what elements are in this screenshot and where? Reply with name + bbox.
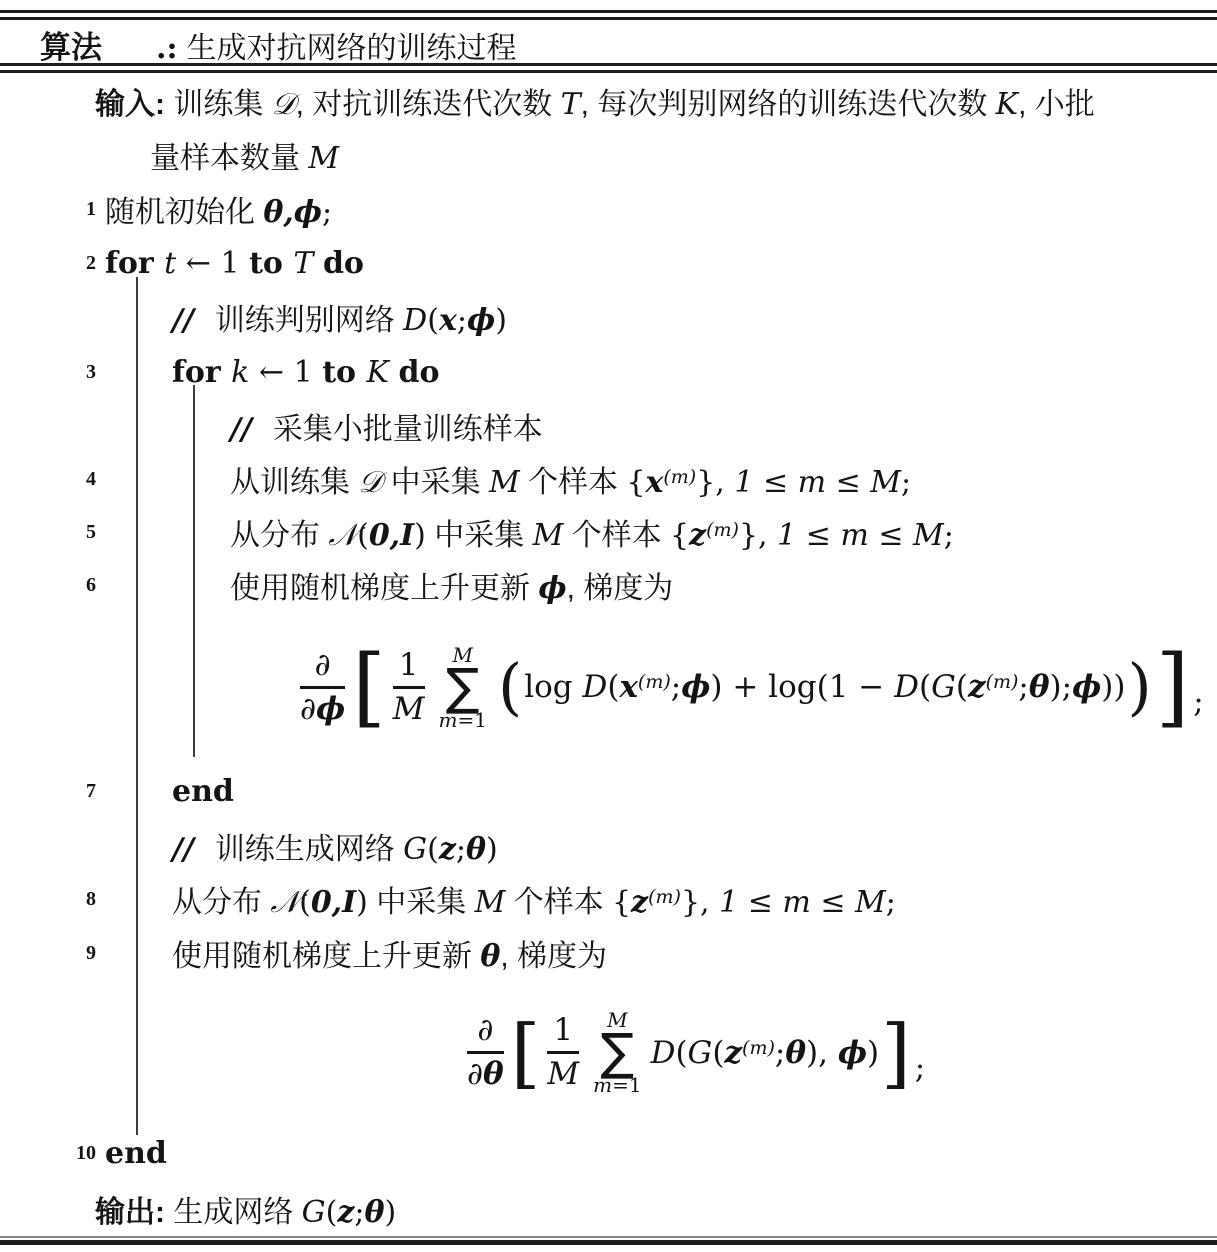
text-segment: 𝒟 <box>272 87 296 122</box>
text-segment: 训练判别网络 <box>215 304 403 337</box>
text-segment: M <box>547 1056 579 1092</box>
text-segment: , 对抗训练迭代次数 <box>296 88 561 121</box>
statement-init: 1 随机初始化 θ,ϕ; <box>0 182 1217 236</box>
text-segment: K <box>367 355 399 390</box>
text-segment: 个样本 <box>505 886 612 919</box>
partial-fraction: ∂∂ϕ <box>300 650 345 725</box>
line-text: 从分布 𝒩(0,I) 中采集 M 个样本 {z(m)}, 1 ≤ m ≤ M; <box>172 877 896 921</box>
text-segment: (m) <box>742 1037 775 1059</box>
line-text: 输出: 生成网络 G(z;θ) <box>95 1187 396 1231</box>
text-segment: 0,I <box>311 885 356 920</box>
text-segment: z <box>631 885 648 920</box>
fraction-bar <box>393 686 425 689</box>
line-number: 6 <box>0 558 96 612</box>
line-text: 从训练集 𝒟 中采集 M 个样本 {x(m)}, 1 ≤ m ≤ M; <box>230 457 911 501</box>
text-segment: 使用随机梯度上升更新 <box>172 940 480 973</box>
top-double-rule-2 <box>0 17 1217 20</box>
text-segment: 生成网络 <box>173 1196 301 1229</box>
text-segment: // <box>230 412 273 447</box>
left-paren: ( <box>498 656 522 718</box>
text-segment: to <box>249 246 293 281</box>
text-segment: do <box>398 355 439 390</box>
algorithm-box: 算法 .: 生成对抗网络的训练过程 输入: 训练集 𝒟, 对抗训练迭代次数 T,… <box>0 0 1217 1252</box>
text-segment: ); <box>1050 669 1073 705</box>
text-segment: 使用随机梯度上升更新 <box>230 572 538 605</box>
text-segment: T <box>293 246 323 281</box>
text-segment: x <box>645 465 663 500</box>
comment-train-generator: // 训练生成网络 G(z;θ) <box>0 820 1217 872</box>
text-segment: 个样本 <box>520 466 627 499</box>
text-segment: , 小批 <box>1018 88 1095 121</box>
formula-body: D(G(z(m);θ), ϕ) <box>651 1035 880 1071</box>
text-segment: to <box>322 355 366 390</box>
text-segment: 采集小批量训练样本 <box>273 413 543 446</box>
text-segment: ∂ <box>315 647 331 683</box>
text-segment: }, <box>739 518 777 553</box>
text-segment: θ <box>483 1056 504 1092</box>
gradient-formula-theta: ∂∂θ[1MM∑m=1D(G(z(m);θ), ϕ)]; <box>462 1010 925 1095</box>
text-segment: ϕ <box>538 571 566 606</box>
line-text: for k ← 1 to K do <box>172 355 439 390</box>
text-segment: ( <box>607 669 619 705</box>
text-segment: 训练生成网络 <box>215 833 403 866</box>
text-segment: 个样本 <box>563 519 670 552</box>
line-text: 量样本数量 M <box>150 133 339 177</box>
text-segment: ( <box>326 1195 338 1230</box>
gradient-formula-phi-row: ∂∂ϕ[1MM∑m=1(log D(x(m);ϕ) + log(1 − D(G(… <box>0 612 1217 762</box>
text-segment: ϕ <box>467 303 495 338</box>
caption-double-rule-2 <box>0 70 1217 73</box>
bottom-rule-thick <box>0 1240 1217 1245</box>
text-segment: M <box>533 518 564 553</box>
algorithm-keyword: 算法 <box>40 22 102 67</box>
summation: M∑m=1 <box>439 645 487 730</box>
one-over-m-fraction: 1M <box>547 1015 579 1090</box>
statement-sample-z-2: 8 从分布 𝒩(0,I) 中采集 M 个样本 {z(m)}, 1 ≤ m ≤ M… <box>0 872 1217 926</box>
text-segment: 1 ≤ m ≤ M <box>719 885 886 920</box>
text-segment: 中采集 <box>368 886 475 919</box>
line-text: // 采集小批量训练样本 <box>230 404 543 448</box>
summation: M∑m=1 <box>593 1010 641 1095</box>
line-number: 2 <box>0 236 96 290</box>
text-segment: ( <box>956 669 968 705</box>
text-segment: ϕ <box>316 691 345 727</box>
text-segment: ) <box>385 1195 397 1230</box>
text-segment: for <box>172 355 231 390</box>
gradient-formula-theta-row: ∂∂θ[1MM∑m=1D(G(z(m);θ), ϕ)]; <box>0 980 1217 1125</box>
statement-sample-x: 4 从训练集 𝒟 中采集 M 个样本 {x(m)}, 1 ≤ m ≤ M; <box>0 452 1217 506</box>
line-text: 使用随机梯度上升更新 ϕ, 梯度为 <box>230 563 673 607</box>
output-line: 输出: 生成网络 G(z;θ) <box>0 1182 1217 1235</box>
text-segment: z <box>337 1195 354 1230</box>
gradient-formula-phi: ∂∂ϕ[1MM∑m=1(log D(x(m);ϕ) + log(1 − D(G(… <box>295 644 1204 730</box>
text-segment: 从训练集 <box>230 466 358 499</box>
text-segment: G <box>931 669 956 705</box>
algorithm-body: 输入: 训练集 𝒟, 对抗训练迭代次数 T, 每次判别网络的训练迭代次数 K, … <box>0 74 1217 1235</box>
line-number: 10 <box>0 1125 96 1182</box>
partial-fraction: ∂∂θ <box>467 1015 504 1090</box>
line-number: 9 <box>0 926 96 980</box>
line-text: // 训练判别网络 D(x;ϕ) <box>172 295 507 339</box>
text-segment: 随机初始化 <box>105 196 263 229</box>
statement-update-theta: 9 使用随机梯度上升更新 θ, 梯度为 <box>0 926 1217 980</box>
text-segment: ( <box>357 518 369 553</box>
text-segment: z <box>439 832 456 867</box>
algorithm-number: .: <box>156 31 178 66</box>
text-segment: θ <box>785 1035 806 1071</box>
text-segment: m <box>439 708 458 732</box>
text-segment: x <box>439 303 457 338</box>
line-text: 从分布 𝒩(0,I) 中采集 M 个样本 {z(m)}, 1 ≤ m ≤ M; <box>230 510 954 554</box>
text-segment: , 梯度为 <box>567 572 674 605</box>
text-segment: ( <box>712 1035 724 1071</box>
text-segment: 训练集 <box>173 88 271 121</box>
text-segment: { <box>670 518 689 553</box>
right-bracket: ] <box>881 1015 911 1091</box>
text-segment: ( <box>427 303 439 338</box>
text-segment: do <box>323 246 364 281</box>
sum-icon: ∑ <box>446 665 480 710</box>
sum-lower-limit: m=1 <box>593 1075 641 1095</box>
line-text: 使用随机梯度上升更新 θ, 梯度为 <box>172 931 607 975</box>
text-segment: ) + log(1 − <box>710 669 894 705</box>
text-segment: { <box>612 885 631 920</box>
text-segment: ← 1 <box>176 246 249 281</box>
fraction-denominator: ∂ϕ <box>300 694 345 725</box>
caption-double-rule-1 <box>0 63 1217 66</box>
text-segment: ; <box>886 885 896 920</box>
left-bracket: [ <box>511 1015 541 1091</box>
text-segment: 1 ≤ m ≤ M <box>734 465 901 500</box>
text-segment: θ <box>480 939 500 974</box>
text-segment: ; <box>456 832 466 867</box>
statement-update-phi: 6 使用随机梯度上升更新 ϕ, 梯度为 <box>0 558 1217 612</box>
text-segment: (m) <box>663 466 696 488</box>
text-segment: z <box>724 1035 742 1071</box>
text-segment: 中采集 <box>382 466 489 499</box>
text-segment: ( <box>299 885 311 920</box>
right-paren: ) <box>1127 656 1151 718</box>
fraction-denominator: M <box>393 694 425 725</box>
text-segment: )) <box>1101 669 1125 705</box>
text-segment: D <box>651 1035 676 1071</box>
input-line-2: 量样本数量 M <box>0 128 1217 182</box>
text-segment: 0,I <box>369 518 414 553</box>
text-segment: , 梯度为 <box>500 940 607 973</box>
text-segment: (m) <box>648 886 681 908</box>
text-segment: 𝒩 <box>328 518 357 553</box>
fraction-bar <box>467 1051 504 1054</box>
text-segment: ϕ <box>681 669 710 705</box>
text-segment: for <box>105 246 164 281</box>
sum-lower-limit: m=1 <box>439 710 487 730</box>
algorithm-caption: 算法 .: 生成对抗网络的训练过程 <box>40 22 517 67</box>
text-segment: , 每次判别网络的训练迭代次数 <box>581 88 996 121</box>
text-segment: ; <box>322 195 332 230</box>
text-segment: 从分布 <box>172 886 270 919</box>
line-text: // 训练生成网络 G(z;θ) <box>172 824 498 868</box>
line-number: 1 <box>0 182 96 236</box>
line-text: for t ← 1 to T do <box>105 246 364 281</box>
left-bracket: [ <box>352 644 386 730</box>
text-segment: end <box>105 1136 167 1171</box>
text-segment: z <box>968 669 986 705</box>
text-segment: (m) <box>986 671 1019 693</box>
for-loop-inner-rule <box>193 385 195 757</box>
text-segment: 1 <box>553 1012 573 1048</box>
text-segment: (m) <box>706 519 739 541</box>
text-segment: log <box>524 669 582 705</box>
text-segment: ( <box>675 1035 687 1071</box>
text-segment: ; <box>457 303 467 338</box>
line-number: 8 <box>0 872 96 926</box>
text-segment: (m) <box>638 671 671 693</box>
fraction-numerator: 1 <box>553 1015 573 1046</box>
formula-semicolon: ; <box>1193 684 1203 720</box>
line-number: 4 <box>0 452 96 506</box>
text-segment: }, <box>681 885 719 920</box>
text-segment: { <box>626 465 645 500</box>
text-segment: ; <box>944 518 954 553</box>
text-segment: ) <box>495 303 507 338</box>
statement-end-outer: 10 end <box>0 1125 1217 1182</box>
text-segment: 中采集 <box>426 519 533 552</box>
statement-for-k: 3 for k ← 1 to K do <box>0 344 1217 400</box>
fraction-denominator: ∂θ <box>467 1059 504 1090</box>
text-segment: M <box>393 691 425 727</box>
text-segment: ϕ <box>838 1035 867 1071</box>
text-segment: 𝒟 <box>358 465 382 500</box>
text-segment: θ <box>365 1195 385 1230</box>
line-text: 随机初始化 θ,ϕ; <box>105 187 332 231</box>
text-segment: 1 ≤ m ≤ M <box>777 518 944 553</box>
line-number: 3 <box>0 344 96 400</box>
comment-train-discriminator: // 训练判别网络 D(x;ϕ) <box>0 290 1217 344</box>
text-segment: ← 1 <box>249 355 322 390</box>
fraction-bar <box>300 686 345 689</box>
text-segment: ) <box>867 1035 879 1071</box>
text-segment: 从分布 <box>230 519 328 552</box>
text-segment: ( <box>919 669 931 705</box>
statement-sample-z: 5 从分布 𝒩(0,I) 中采集 M 个样本 {z(m)}, 1 ≤ m ≤ M… <box>0 506 1217 558</box>
line-text: 输入: 训练集 𝒟, 对抗训练迭代次数 T, 每次判别网络的训练迭代次数 K, … <box>95 79 1095 123</box>
text-segment: =1 <box>612 1073 641 1097</box>
text-segment: G <box>403 832 427 867</box>
statement-end-inner: 7 end <box>0 762 1217 820</box>
top-double-rule-1 <box>0 10 1217 13</box>
text-segment: // <box>172 832 215 867</box>
input-line-1: 输入: 训练集 𝒟, 对抗训练迭代次数 T, 每次判别网络的训练迭代次数 K, … <box>0 74 1217 128</box>
text-segment: ; <box>901 465 911 500</box>
text-segment: D <box>894 669 919 705</box>
right-bracket: ] <box>1156 644 1190 730</box>
comment-sample-minibatch: // 采集小批量训练样本 <box>0 400 1217 452</box>
text-segment: D <box>582 669 607 705</box>
text-segment: ∂ <box>467 1056 483 1092</box>
bottom-rule-thin <box>0 1236 1217 1238</box>
for-loop-outer-rule <box>136 277 138 1135</box>
line-number: 7 <box>0 762 96 820</box>
text-segment: D <box>403 303 427 338</box>
text-segment: =1 <box>458 708 487 732</box>
one-over-m-fraction: 1M <box>393 650 425 725</box>
text-segment: θ <box>1029 669 1050 705</box>
text-segment: }, <box>696 465 734 500</box>
text-segment: ∂ <box>477 1012 493 1048</box>
line-text: end <box>105 1136 167 1171</box>
statement-for-t: 2 for t ← 1 to T do <box>0 236 1217 290</box>
text-segment: x <box>619 669 637 705</box>
text-segment: ) <box>486 832 498 867</box>
text-segment: ϕ <box>1072 669 1101 705</box>
text-segment: M <box>475 885 506 920</box>
text-segment: ; <box>1018 669 1028 705</box>
text-segment: T <box>561 87 581 122</box>
text-segment: G <box>302 1195 326 1230</box>
line-number: 5 <box>0 506 96 558</box>
text-segment: G <box>688 1035 713 1071</box>
text-segment: ( <box>427 832 439 867</box>
text-segment: M <box>489 465 520 500</box>
text-segment: 输入: <box>95 88 173 121</box>
text-segment: // <box>172 303 215 338</box>
text-segment: m <box>593 1073 612 1097</box>
text-segment: k <box>231 355 249 390</box>
fraction-bar <box>547 1051 579 1054</box>
text-segment: 𝒩 <box>270 885 299 920</box>
text-segment: K <box>996 87 1018 122</box>
text-segment: t <box>164 246 176 281</box>
text-segment: ; <box>775 1035 785 1071</box>
algorithm-title: 生成对抗网络的训练过程 <box>187 23 517 67</box>
text-segment: 1 <box>399 647 419 683</box>
text-segment: end <box>172 774 234 809</box>
text-segment: ∂ <box>300 691 316 727</box>
text-segment: θ,ϕ <box>263 195 322 230</box>
formula-body: log D(x(m);ϕ) + log(1 − D(G(z(m);θ);ϕ)) <box>524 669 1125 705</box>
fraction-denominator: M <box>547 1059 579 1090</box>
text-segment: θ <box>466 832 486 867</box>
text-segment: 输出: <box>95 1196 173 1229</box>
fraction-numerator: ∂ <box>315 650 331 681</box>
text-segment: 量样本数量 <box>150 142 308 175</box>
sum-icon: ∑ <box>601 1030 635 1075</box>
text-segment: ) <box>414 518 426 553</box>
fraction-numerator: 1 <box>399 650 419 681</box>
text-segment: M <box>308 141 339 176</box>
text-segment: ) <box>356 885 368 920</box>
formula-semicolon: ; <box>915 1050 925 1086</box>
text-segment: ; <box>671 669 681 705</box>
text-segment: ), <box>806 1035 838 1071</box>
text-segment: z <box>689 518 706 553</box>
text-segment: ; <box>354 1195 364 1230</box>
line-text: end <box>172 774 234 809</box>
fraction-numerator: ∂ <box>477 1015 493 1046</box>
